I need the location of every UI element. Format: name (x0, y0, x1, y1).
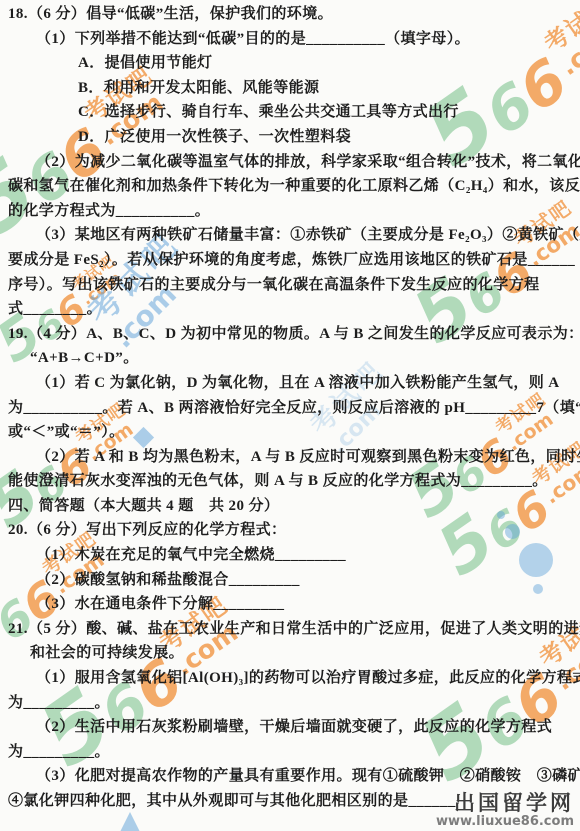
text-line: （1）若 C 为氯化钠，D 为氧化物，且在 A 溶液中加入铁粉能产生氢气，则 A (4, 371, 580, 396)
text-line: 碳和氢气在催化剂和加热条件下转化为一种重要的化工原料乙烯（C₂H₄）和水，该反应 (4, 174, 580, 199)
exam-page: 5 6 6 考试吧 .com 5 6 6 考试吧 .com 5 6 6 考试吧 … (0, 0, 580, 831)
text-line: 能使澄清石灰水变浑浊的无色气体，则 A 与 B 反应的化学方程式为_______… (4, 469, 580, 494)
exam-text: 18.（6 分）倡导“低碳”生活，保护我们的环境。（1）下列举措不能达到“低碳”… (4, 2, 580, 814)
text-line: （1）服用含氢氧化铝[Al(OH)₃]的药物可以治疗胃酸过多症，此反应的化学方程… (4, 666, 580, 691)
text-line: 为_________。 (4, 691, 580, 716)
text-line: C．选择步行、骑自行车、乘坐公共交通工具等方式出行 (4, 100, 580, 125)
text-line: 为_________。 (4, 740, 580, 765)
text-line: （2）碳酸氢钠和稀盐酸混合_________ (4, 568, 580, 593)
text-line: （2）生活中用石灰浆粉刷墙壁，干燥后墙面就变硬了，此反应的化学方程式 (4, 715, 580, 740)
text-line: （1）木炭在充足的氧气中完全燃烧_________ (4, 543, 580, 568)
text-line: 为__________。若 A、B 两溶液恰好完全反应，则反应后溶液的 pH__… (4, 396, 580, 421)
text-line: 式________。 (4, 297, 580, 322)
footer-site-url: www.liuxue86.com (436, 815, 574, 829)
text-line: 的化学方程式为__________。 (4, 199, 580, 224)
text-line: （2）为减少二氧化碳等温室气体的排放，科学家采取“组合转化”技术，将二氧化 (4, 150, 580, 175)
text-line: （1）下列举措不能达到“低碳”目的的是__________（填字母）。 (4, 27, 580, 52)
text-line: D．广泛使用一次性筷子、一次性塑料袋 (4, 125, 580, 150)
text-line: 要成分是 FeS₂）。若从保护环境的角度考虑，炼铁厂应选用该地区的铁矿石是___… (4, 248, 580, 273)
text-line: 和社会的可持续发展。 (4, 641, 580, 666)
text-line: B．利用和开发太阳能、风能等能源 (4, 76, 580, 101)
footer-watermark: 出国留学网 www.liuxue86.com (436, 792, 574, 829)
text-line: 18.（6 分）倡导“低碳”生活，保护我们的环境。 (4, 2, 580, 27)
text-line: （2）若 A 和 B 均为黑色粉末，A 与 B 反应时可观察到黑色粉末变为红色，… (4, 445, 580, 470)
text-line: （3）水在通电条件下分解_________ (4, 592, 580, 617)
text-line: 20.（6 分）写出下列反应的化学方程式： (4, 518, 580, 543)
text-line: 21.（5 分）酸、碱、盐在工农业生产和日常生活中的广泛应用，促进了人类文明的进… (4, 617, 580, 642)
text-line: （3）化肥对提高农作物的产量具有重要作用。现有①硫酸钾 ②硝酸铵 ③磷矿粉 (4, 764, 580, 789)
text-line: 或“＜”或“＝”）。 (4, 420, 580, 445)
text-line: A．提倡使用节能灯 (4, 51, 580, 76)
text-line: 四、简答题（本大题共 4 题 共 20 分） (4, 494, 580, 519)
text-line: “A+B→C+D”。 (4, 346, 580, 371)
text-line: 19.（4 分）A、B、C、D 为初中常见的物质。A 与 B 之间发生的化学反应… (4, 322, 580, 347)
text-line: 序号）。写出该铁矿石的主要成分与一氧化碳在高温条件下发生反应的化学方程 (4, 273, 580, 298)
footer-site-name: 出国留学网 (436, 792, 574, 815)
text-line: （3）某地区有两种铁矿石储量丰富：①赤铁矿（主要成分是 Fe₂O₃）②黄铁矿（主 (4, 223, 580, 248)
triangle-decoration-icon (120, 812, 140, 831)
